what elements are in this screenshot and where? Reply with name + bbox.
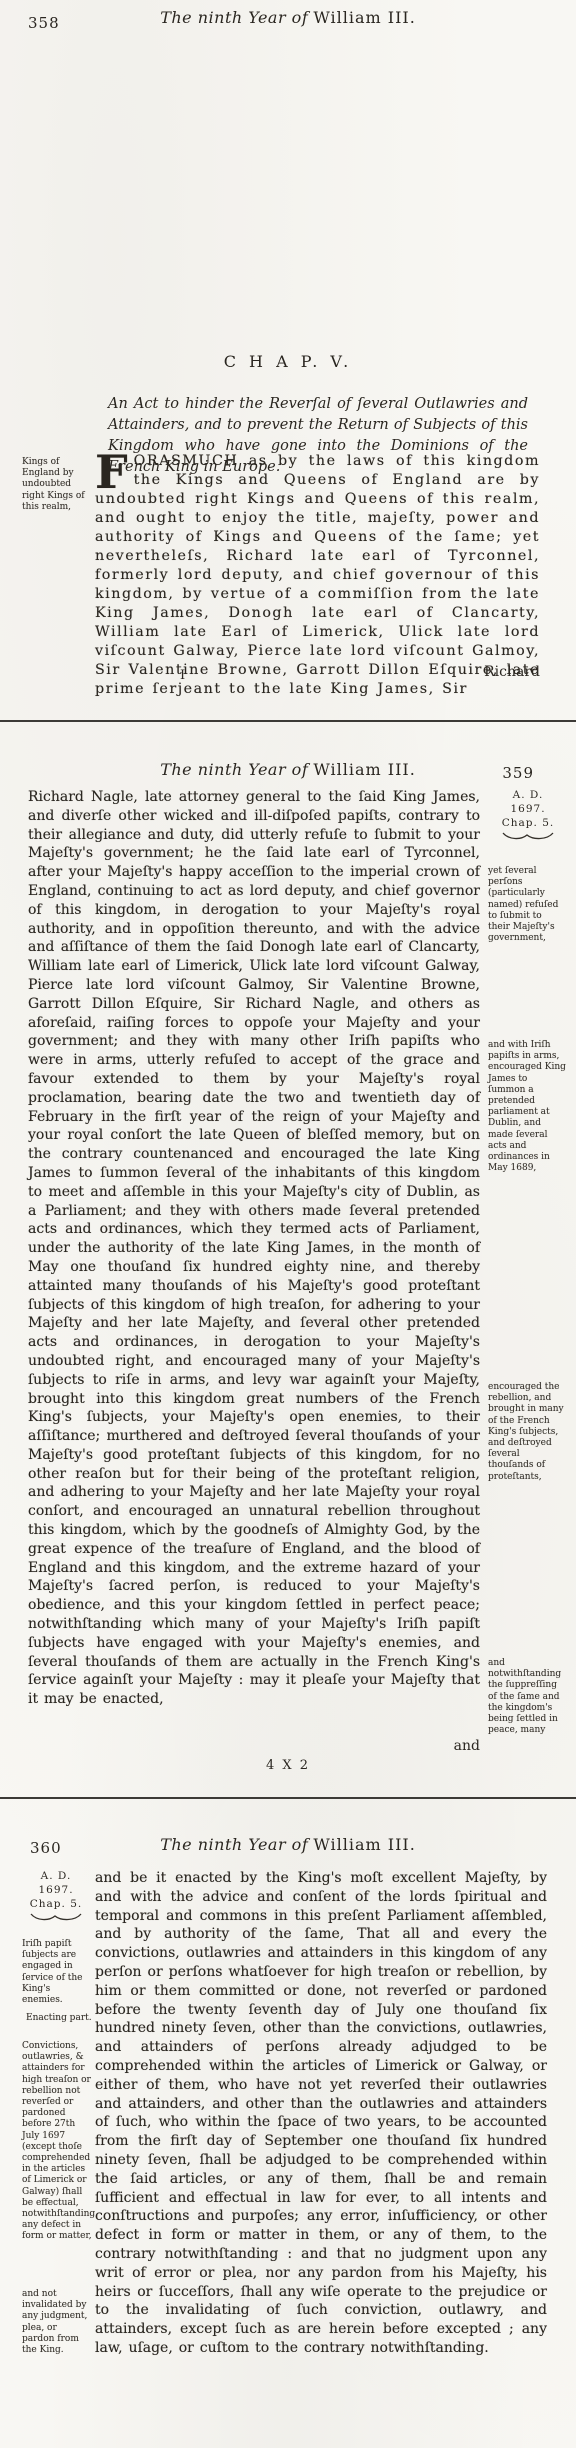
date-sidenote-year: 1697.	[488, 802, 568, 816]
date-sidenote-ad: A. D.	[488, 788, 568, 802]
margin-note: yet ſeveral perſons (particularly named)…	[488, 866, 566, 944]
brace-icon	[29, 1912, 83, 1922]
catchword: and	[454, 1738, 480, 1754]
running-title-italic: The ninth Year of	[160, 8, 308, 27]
margin-note: Convictions, outlawries, & attainders fo…	[22, 2041, 92, 2243]
chapter-heading: C H A P. V.	[0, 352, 576, 371]
brace-icon	[501, 831, 555, 841]
page-359: The ninth Year of William III. 359 Richa…	[0, 722, 576, 1797]
running-title: The ninth Year of William III.	[0, 8, 576, 27]
signature-mark: 4 X 2	[0, 1758, 576, 1773]
body-paragraph: ORASMUCH as by the laws of this kingdom …	[95, 453, 540, 697]
signature-mark: I	[180, 668, 187, 683]
running-title-roman: William III.	[313, 8, 415, 27]
date-sidenote: A. D. 1697. Chap. 5.	[488, 788, 568, 841]
running-title-roman: William III.	[313, 1835, 415, 1854]
margin-note: encouraged the rebellion, and brought in…	[488, 1382, 566, 1483]
margin-note: and notwithſtanding the ſuppreſſing of t…	[488, 1658, 566, 1736]
body-text: Richard Nagle, late attorney general to …	[28, 788, 480, 1709]
margin-note: and not invalidated by any judgment, ple…	[22, 2289, 92, 2356]
page-358: 358 The ninth Year of William III. C H A…	[0, 0, 576, 720]
date-sidenote-chap: Chap. 5.	[22, 1897, 90, 1911]
body-text: FORASMUCH as by the laws of this kingdom…	[95, 452, 540, 699]
margin-note: Enacting part.	[26, 2013, 92, 2024]
page-360: 360 The ninth Year of William III. A. D.…	[0, 1799, 576, 2448]
margin-note: Kings of England by undoubted right King…	[22, 457, 92, 513]
running-title: The ninth Year of William III.	[0, 760, 576, 779]
running-title: The ninth Year of William III.	[0, 1835, 576, 1854]
date-sidenote-chap: Chap. 5.	[488, 816, 568, 830]
scanned-book-page: 358 The ninth Year of William III. C H A…	[0, 0, 576, 2448]
date-sidenote: A. D. 1697. Chap. 5.	[22, 1869, 90, 1922]
margin-note: and with Iriſh papiſts in arms, encourag…	[488, 1040, 566, 1174]
date-sidenote-year: 1697.	[22, 1883, 90, 1897]
margin-note: Iriſh papiſt ſubjects are engaged in ſer…	[22, 1939, 92, 2006]
catchword: Richard	[484, 664, 540, 680]
date-sidenote-ad: A. D.	[22, 1869, 90, 1883]
running-title-roman: William III.	[313, 760, 415, 779]
running-title-italic: The ninth Year of	[160, 1835, 308, 1854]
page-number: 359	[502, 764, 534, 782]
body-text: and be it enacted by the King's moſt exc…	[95, 1869, 547, 2358]
drop-cap: F	[95, 452, 134, 490]
running-title-italic: The ninth Year of	[160, 760, 308, 779]
